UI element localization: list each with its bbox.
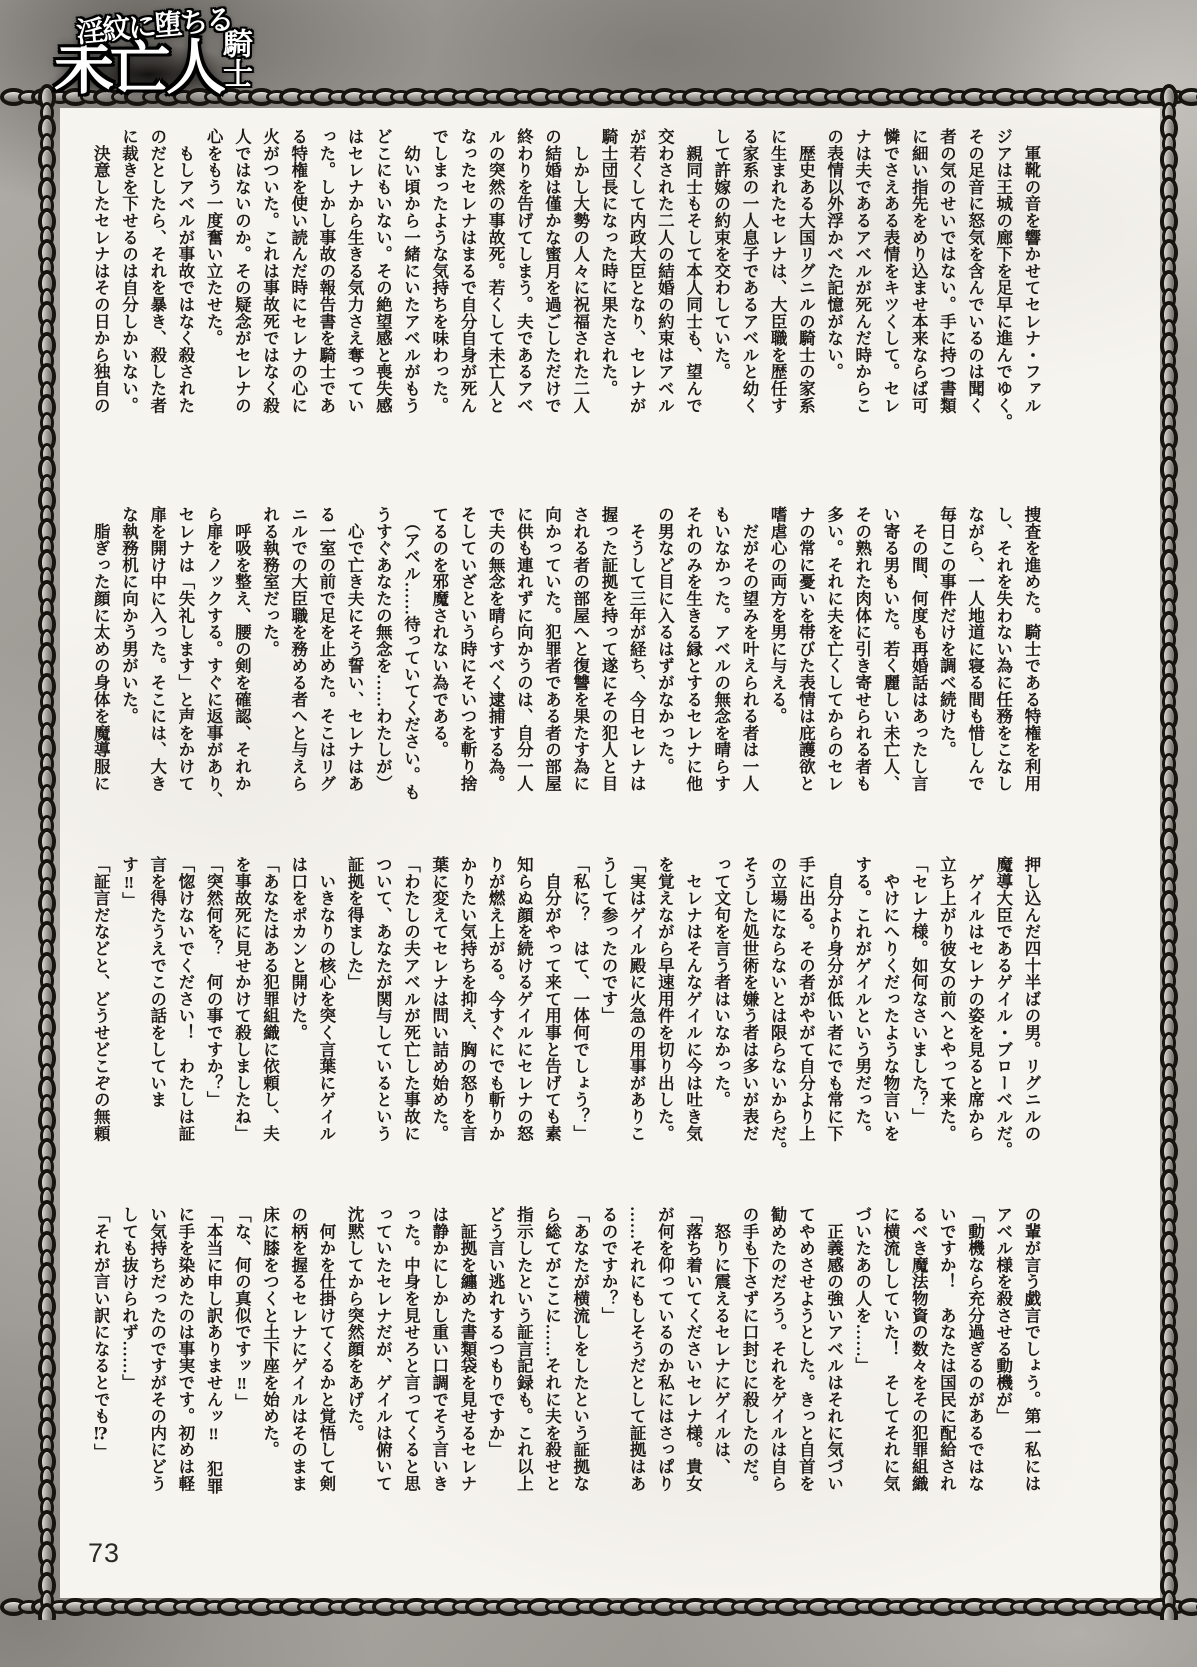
text-column: 勧めたのだろう。それをゲイルは自ら: [763, 1206, 791, 1562]
text-column: る特権を使い読んだ時にセレナの心に: [284, 128, 312, 480]
text-column: 自分がやって来て用事と告げても素: [537, 856, 565, 1188]
text-column: その熟れた肉体に引き寄せられる者も: [848, 506, 876, 838]
text-column: れる執務室だった。: [255, 506, 283, 838]
text-column: 多い。それに夫を亡くしてからのセレ: [819, 506, 847, 838]
text-column: して許嫁の約束を交わしていた。: [707, 128, 735, 480]
text-column: づいたあの人を……」: [848, 1206, 876, 1562]
text-column: 歴史ある大国リグニルの騎士の家系: [791, 128, 819, 480]
text-column: ジアは王城の廊下を足早に進んでゆく。: [989, 128, 1017, 480]
text-column: を事故死に見せかけて殺しましたね」: [227, 856, 255, 1188]
text-column: それのみを生きる縁とするセレナに他: [678, 506, 706, 838]
text-column: し、それを失わない為に任務をこなし: [989, 506, 1017, 838]
text-column: 「本当に申し訳ありませんッ‼ 犯罪: [199, 1206, 227, 1562]
text-column: 「惚けないでください！ わたしは証: [171, 856, 199, 1188]
text-column: った。しかし事故の報告書を騎士であ: [312, 128, 340, 480]
text-column: かりたい気持ちを抑え、胸の怒りを言: [453, 856, 481, 1188]
text-column: 幼い頃から一緒にいたアベルがもう: [396, 128, 424, 480]
text-band-4: の輩が言う戯言でしょう。第一私にはアベル様を殺させる動機が」「動機なら充分過ぎる…: [85, 1206, 1045, 1562]
text-column: 「それが言い訳になるとでも⁉」: [86, 1206, 114, 1562]
text-column: もしアベルが事故ではなく殺された: [171, 128, 199, 480]
text-column: で夫の無念を晴らすべく逮捕する為。: [481, 506, 509, 838]
text-column: っていたセレナだが、ゲイルは俯いて: [368, 1206, 396, 1562]
text-column: の輩が言う戯言でしょう。第一私には: [1017, 1206, 1045, 1562]
text-column: ら総てがここに……それに夫を殺せと: [537, 1206, 565, 1562]
text-column: いですか！ あなたは国民に配給され: [932, 1206, 960, 1562]
text-column: の表情以外浮かべた記憶がない。: [819, 128, 847, 480]
text-column: てやめさせようとした。きっと自首を: [791, 1206, 819, 1562]
text-column: ついて、あなたが関与しているという: [368, 856, 396, 1188]
text-column: が若くして内政大臣となり、セレナが: [622, 128, 650, 480]
text-column: 手に出る。その者がやがて自分より上: [791, 856, 819, 1188]
text-column: 葉に変えてセレナは問い詰め始めた。: [425, 856, 453, 1188]
text-column: はセレナから生きる気力さえ奪ってい: [340, 128, 368, 480]
text-column: 親同士もそして本人同士も、望んで: [678, 128, 706, 480]
text-column: 言を得たうえでこの話をしていま: [143, 856, 171, 1188]
chain-border-bottom-icon: [0, 1592, 1197, 1622]
text-column: りが燃え上がる。今すぐにでも斬りか: [481, 856, 509, 1188]
text-column: 証拠を得ました」: [340, 856, 368, 1188]
text-column: セレナは「失礼します」と声をかけて: [171, 506, 199, 838]
text-column: る一室の前で足を止めた。そこはリグ: [312, 506, 340, 838]
text-column: 軍靴の音を響かせてセレナ・ファル: [1017, 128, 1045, 480]
text-column: （アベル……待っていてください。も: [396, 506, 424, 838]
text-column: 「実はゲイル殿に火急の用事がありこ: [622, 856, 650, 1188]
text-column: 「な、何の真似ですッ‼」: [227, 1206, 255, 1562]
text-column: しかし大勢の人々に祝福された二人: [566, 128, 594, 480]
text-column: そうした処世術を嫌う者は多いが表だ: [735, 856, 763, 1188]
chain-border-right-icon: [1154, 84, 1184, 1620]
text-column: の結婚は僅かな蜜月を過ごしただけで: [537, 128, 565, 480]
text-column: 決意したセレナはその日から独自の: [86, 128, 114, 480]
text-band-2: 捜査を進めた。騎士である特権を利用し、それを失わない為に任務をこなしながら、一人…: [85, 506, 1045, 838]
text-column: を覚えながら早速用件を切り出した。: [650, 856, 678, 1188]
text-column: 正義感の強いアベルはそれに気づい: [819, 1206, 847, 1562]
text-column: の柄を握るセレナにゲイルはそのまま: [284, 1206, 312, 1562]
text-column: される者の部屋へと復讐を果たす為に: [566, 506, 594, 838]
chain-border-left-icon: [32, 84, 62, 1620]
text-column: って文句を言う者はいなかった。: [707, 856, 735, 1188]
text-column: その足音に怒気を含んでいるのは聞く: [960, 128, 988, 480]
text-column: い寄る男もいた。若く麗しい未亡人、: [876, 506, 904, 838]
text-column: な執務机に向かう男がいた。: [114, 506, 142, 838]
text-column: 「落ち着いてくださいセレナ様。貴女: [678, 1206, 706, 1562]
text-column: の手も下さずに口封じに殺したのだ。: [735, 1206, 763, 1562]
text-column: った。中身を見せろと言ってくると思: [396, 1206, 424, 1562]
text-column: 自分より身分が低い者にでも常に下: [819, 856, 847, 1188]
text-column: 呼吸を整え、腰の剣を確認、それか: [227, 506, 255, 838]
text-column: でしまったような気持ちを味わった。: [425, 128, 453, 480]
text-column: 立ち上がり彼女の前へとやって来た。: [932, 856, 960, 1188]
text-column: 火がついた。これは事故死ではなく殺: [255, 128, 283, 480]
text-column: 「わたしの夫アベルが死亡した事故に: [396, 856, 424, 1188]
page-number: 73: [88, 1538, 120, 1569]
text-column: 嗜虐心の両方を男に与える。: [763, 506, 791, 838]
text-column: そしていざという時にそいつを斬り捨: [453, 506, 481, 838]
text-column: ゲイルはセレナの姿を見ると席から: [960, 856, 988, 1188]
text-column: セレナはそんなゲイルに今は吐き気: [678, 856, 706, 1188]
text-column: 捜査を進めた。騎士である特権を利用: [1017, 506, 1045, 838]
text-column: に裁きを下せるのは自分しかいない。: [114, 128, 142, 480]
text-column: なったセレナはまるで自分自身が死ん: [453, 128, 481, 480]
text-column: 人ではないのか。その疑念がセレナの: [227, 128, 255, 480]
text-column: 脂ぎった顔に太めの身体を魔導服に: [86, 506, 114, 838]
text-column: に手を染めたのは事実です。初めは軽: [171, 1206, 199, 1562]
text-column: どう言い逃れするつもりですか」: [481, 1206, 509, 1562]
series-logo: 淫紋に堕ちる 未亡人 騎士: [48, 2, 288, 106]
text-column: に生まれたセレナは、大臣職を歴任す: [763, 128, 791, 480]
text-column: 沈黙してから突然顔をあげた。: [340, 1206, 368, 1562]
text-column: に横流ししていた！ そしてそれに気: [876, 1206, 904, 1562]
text-column: 交わされた二人の結婚の約束はアベル: [650, 128, 678, 480]
text-column: 騎士団長になった時に果たされた。: [594, 128, 622, 480]
text-band-1: 軍靴の音を響かせてセレナ・ファルジアは王城の廊下を足早に進んでゆく。その足音に怒…: [85, 128, 1045, 480]
text-column: 証拠を纏めた書類袋を見せるセレナ: [453, 1206, 481, 1562]
text-column: る家系の一人息子であるアベルと幼く: [735, 128, 763, 480]
text-column: の男など目に入るはずがなかった。: [650, 506, 678, 838]
text-column: 心をもう一度奮い立たせた。: [199, 128, 227, 480]
text-column: 心で亡き夫にそう誓い、セレナはあ: [340, 506, 368, 838]
text-column: は静かにしかし重い口調でそう言いき: [425, 1206, 453, 1562]
text-column: 「証言だなどと、どうせどこぞの無頼: [86, 856, 114, 1188]
text-column: やけにへりくだったような物言いを: [876, 856, 904, 1188]
text-column: るのですか？」: [594, 1206, 622, 1562]
text-column: 握った証拠を持って遂にその犯人と目: [594, 506, 622, 838]
text-column: 「私に？ はて、一体何でしょう？」: [566, 856, 594, 1188]
text-column: アベル様を殺させる動機が」: [989, 1206, 1017, 1562]
text-column: ナの常に憂いを帯びた表情は庇護欲と: [791, 506, 819, 838]
novel-page: 軍靴の音を響かせてセレナ・ファルジアは王城の廊下を足早に進んでゆく。その足音に怒…: [0, 0, 1197, 1667]
text-column: 「あなたはある犯罪組織に依頼し、夫: [255, 856, 283, 1188]
text-column: うして参ったのです」: [594, 856, 622, 1188]
text-column: 終わりを告げてしまう。夫であるアベ: [509, 128, 537, 480]
text-column: 者の気のせいではない。手に持つ書類: [932, 128, 960, 480]
text-column: 指示したという証言記録も。これ以上: [509, 1206, 537, 1562]
text-column: ……それにもしそうだとして証拠はあ: [622, 1206, 650, 1562]
text-column: てるのを邪魔されない為である。: [425, 506, 453, 838]
text-column: ニルでの大臣職を務める者へと与えら: [284, 506, 312, 838]
text-column: 何かを仕掛けてくるかと覚悟して剣: [312, 1206, 340, 1562]
text-column: 憐でさえある表情をキツくして。セレ: [876, 128, 904, 480]
text-column: うすぐあなたの無念を……わたしが）: [368, 506, 396, 838]
text-column: 怒りに震えるセレナにゲイルは、: [707, 1206, 735, 1562]
text-column: は口をポカンと開けた。: [284, 856, 312, 1188]
text-column: その間、何度も再婚話はあったし言: [904, 506, 932, 838]
text-column: が何を仰っているのか私にはさっぱり: [650, 1206, 678, 1562]
text-column: 魔導大臣であるゲイル・ブローベルだ。: [989, 856, 1017, 1188]
text-band-3: 押し込んだ四十半ばの男。リグニルの魔導大臣であるゲイル・ブローベルだ。 ゲイルは…: [85, 856, 1045, 1188]
text-column: に細い指先をめり込ませ本来ならば可: [904, 128, 932, 480]
text-column: 「あなたが横流しをしたという証拠な: [566, 1206, 594, 1562]
text-column: いきなりの核心を突く言葉にゲイル: [312, 856, 340, 1188]
text-column: 床に膝をつくと土下座を始めた。: [255, 1206, 283, 1562]
text-column: する。これがゲイルという男だった。: [848, 856, 876, 1188]
text-column: ながら、一人地道に寝る間も惜しんで: [960, 506, 988, 838]
text-column: もいなかった。アベルの無念を晴らす: [707, 506, 735, 838]
text-column: そうして三年が経ち、今日セレナは: [622, 506, 650, 838]
text-column: 扉を開け中に入った。そこには、大き: [143, 506, 171, 838]
text-column: ナは夫であるアベルが死んだ時からこ: [848, 128, 876, 480]
text-column: るべき魔法物資の数々をその犯罪組織: [904, 1206, 932, 1562]
text-column: 押し込んだ四十半ばの男。リグニルの: [1017, 856, 1045, 1188]
text-column: 「セレナ様。如何なさいました？」: [904, 856, 932, 1188]
text-column: す‼」: [114, 856, 142, 1188]
text-column: ルの突然の事故死。若くして未亡人と: [481, 128, 509, 480]
text-column: ら扉をノックする。すぐに返事があり、: [199, 506, 227, 838]
text-column: の立場にならないとは限らないからだ。: [763, 856, 791, 1188]
text-column: に供も連れずに向かうのは、自分一人: [509, 506, 537, 838]
text-column: しても抜けられず……」: [114, 1206, 142, 1562]
text-column: 「動機なら充分過ぎるのがあるではな: [960, 1206, 988, 1562]
text-column: 知らぬ顔を続けるゲイルにセレナの怒: [509, 856, 537, 1188]
text-column: 向かっていた。犯罪者である者の部屋: [537, 506, 565, 838]
text-column: だがその望みを叶えられる者は一人: [735, 506, 763, 838]
text-column: どこにもいない。その絶望感と喪失感: [368, 128, 396, 480]
text-column: 「突然何を？ 何の事ですか？」: [199, 856, 227, 1188]
text-column: のだとしたら、それを暴き、殺した者: [143, 128, 171, 480]
text-column: 毎日この事件だけを調べ続けた。: [932, 506, 960, 838]
text-column: い気持ちだったのですがその内にどう: [143, 1206, 171, 1562]
